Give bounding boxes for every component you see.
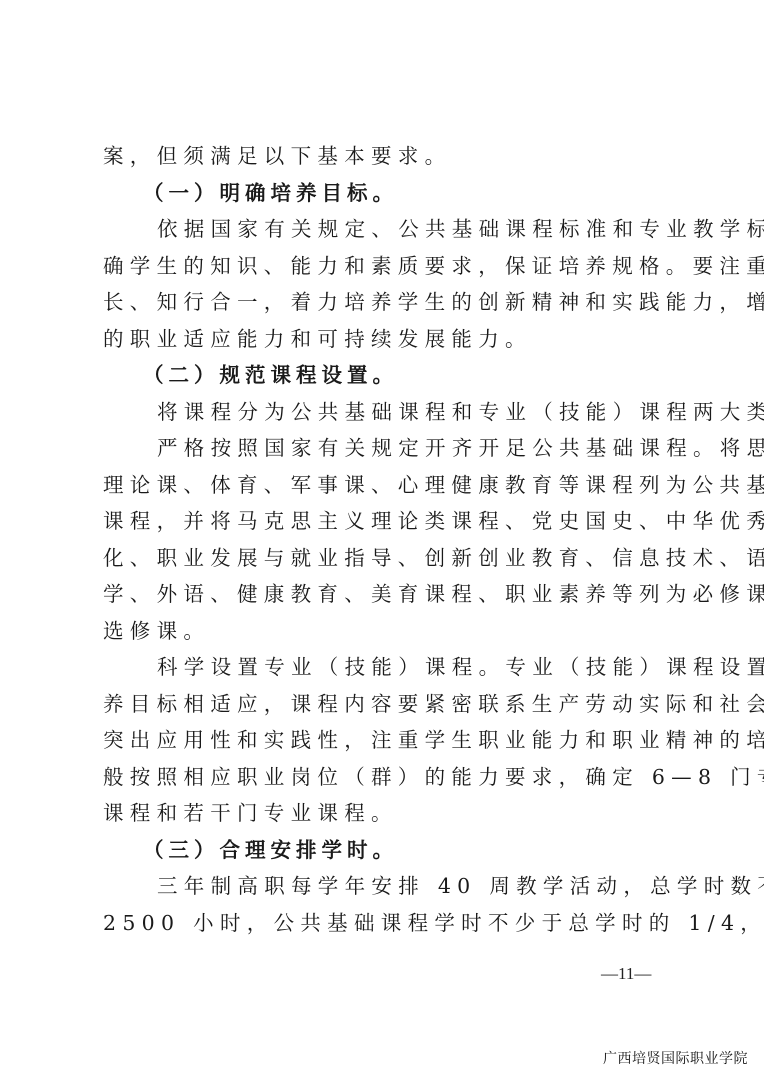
text-line: 案，但须满足以下基本要求。 [103, 138, 669, 175]
text-line: 2500 小时，公共基础课程学时不少于总学时的 1/4，选修课教学 [103, 905, 669, 942]
paragraph-start: 严格按照国家有关规定开齐开足公共基础课程。将思想政治 [103, 430, 669, 467]
institution-watermark: 广西培贤国际职业学院 [603, 1048, 748, 1068]
text-line: 的职业适应能力和可持续发展能力。 [103, 321, 669, 358]
text-line: 化、职业发展与就业指导、创新创业教育、信息技术、语文、数 [103, 540, 669, 577]
paragraph-start: 依据国家有关规定、公共基础课程标准和专业教学标准，明 [103, 211, 669, 248]
text-line: 理论课、体育、军事课、心理健康教育等课程列为公共基础必修 [103, 467, 669, 504]
paragraph-start: 三年制高职每学年安排 40 周教学活动，总学时数不低于 [103, 868, 669, 905]
text-line: 确学生的知识、能力和素质要求，保证培养规格。要注重学用相 [103, 248, 669, 285]
section-heading-3: （三）合理安排学时。 [103, 832, 669, 869]
text-line: 般按照相应职业岗位（群）的能力要求，确定 6—8 门专业核心 [103, 759, 669, 796]
text-line: 养目标相适应，课程内容要紧密联系生产劳动实际和社会实践， [103, 686, 669, 723]
section-heading-1: （一）明确培养目标。 [103, 175, 669, 212]
paragraph-start: 将课程分为公共基础课程和专业（技能）课程两大类。 [103, 394, 669, 431]
text-line: 课程和若干门专业课程。 [103, 795, 669, 832]
paragraph-start: 科学设置专业（技能）课程。专业（技能）课程设置要与培 [103, 649, 669, 686]
text-line: 长、知行合一，着力培养学生的创新精神和实践能力，增强学生 [103, 284, 669, 321]
page-number: —11— [601, 964, 651, 984]
text-line: 突出应用性和实践性，注重学生职业能力和职业精神的培养。一 [103, 722, 669, 759]
document-body: 案，但须满足以下基本要求。 （一）明确培养目标。 依据国家有关规定、公共基础课程… [103, 138, 669, 941]
text-line: 选修课。 [103, 613, 669, 650]
text-line: 学、外语、健康教育、美育课程、职业素养等列为必修课或限定 [103, 576, 669, 613]
text-line: 课程，并将马克思主义理论类课程、党史国史、中华优秀传统文 [103, 503, 669, 540]
section-heading-2: （二）规范课程设置。 [103, 357, 669, 394]
